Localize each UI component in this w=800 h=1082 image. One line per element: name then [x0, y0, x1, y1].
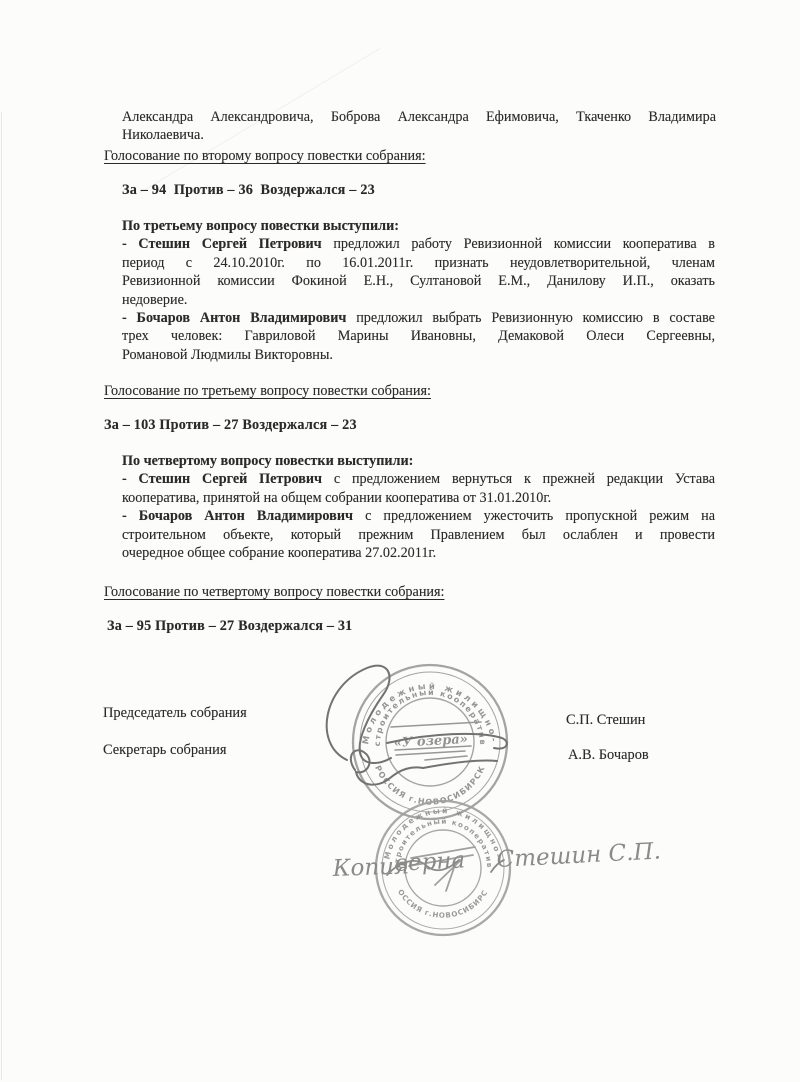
chairman-label: Председатель собрания: [103, 704, 247, 722]
speaker-name: - Стешин Сергей Петрович: [122, 471, 322, 487]
question3-item1-line1: - Стешин Сергей Петрович предложил работ…: [122, 235, 715, 253]
intro-line-2: Николаевича.: [122, 126, 716, 144]
question3-section: По третьему вопросу повестки выступили: …: [122, 217, 715, 364]
question4-heading: По четвертому вопросу повестки выступили…: [122, 452, 715, 470]
intro-paragraph: Александра Александровича, Боброва Алекс…: [122, 108, 716, 145]
question3-item2-line3: Романовой Людмилы Викторовны.: [122, 346, 715, 364]
round-stamp-upper: Молодежный жилищно- строительный коопера…: [353, 665, 507, 819]
speech-text: с предложением ужесточить пропускной реж…: [353, 508, 715, 524]
scanned-document-page: Александра Александровича, Боброва Алекс…: [0, 0, 800, 1082]
question3-item1-line4: недоверие.: [122, 291, 715, 309]
question4-item2-line1: - Бочаров Антон Владимирович с предложен…: [122, 507, 715, 525]
speaker-name: - Бочаров Антон Владимирович: [122, 310, 346, 326]
secretary-label: Секретарь собрания: [103, 741, 226, 759]
speaker-name: - Бочаров Антон Владимирович: [122, 508, 353, 524]
vote4-results: За – 95 Против – 27 Воздержался – 31: [107, 617, 352, 635]
question4-item2-line2: строительном объекте, который прежним Пр…: [122, 526, 715, 544]
question3-item2-line2: трех человек: Гавриловой Марины Ивановны…: [122, 327, 715, 345]
speech-text: предложил выбрать Ревизионную комиссию в…: [346, 310, 715, 326]
question3-item2-line1: - Бочаров Антон Владимирович предложил в…: [122, 309, 715, 327]
speaker-name: - Стешин Сергей Петрович: [122, 236, 322, 252]
question4-item1-line2: кооператива, принятой на общем собрании …: [122, 489, 715, 507]
vote4-heading: Голосование по четвертому вопросу повест…: [104, 583, 444, 601]
vote3-heading: Голосование по третьему вопросу повестки…: [104, 382, 431, 400]
handwriting-signature: Стешин С.П.: [496, 838, 661, 873]
question4-item1-line1: - Стешин Сергей Петрович с предложением …: [122, 470, 715, 488]
speech-text: предложил работу Ревизионной комиссии ко…: [322, 236, 715, 252]
vote2-heading: Голосование по второму вопросу повестки …: [104, 147, 426, 165]
question3-item1-line2: период с 24.10.2010г. по 16.01.2011г. пр…: [122, 254, 715, 272]
vote2-results: За – 94 Против – 36 Воздержался – 23: [122, 181, 375, 199]
stamps-and-signatures-overlay: Молодежный жилищно- строительный коопера…: [295, 648, 695, 958]
scan-edge-artifact: [1, 112, 2, 1080]
vote3-results: За – 103 Против – 27 Воздержался – 23: [104, 416, 357, 434]
question3-heading: По третьему вопросу повестки выступили:: [122, 217, 715, 235]
intro-line-1: Александра Александровича, Боброва Алекс…: [122, 108, 716, 126]
question4-item2-line3: очередное общее собрание кооператива 27.…: [122, 544, 715, 562]
stamp-emblem-line: [391, 722, 481, 727]
question4-section: По четвертому вопросу повестки выступили…: [122, 452, 715, 562]
speech-text: с предложением вернуться к прежней редак…: [322, 471, 715, 487]
question3-item1-line3: Ревизионной комиссии Фокиной Е.Н., Султа…: [122, 272, 715, 290]
